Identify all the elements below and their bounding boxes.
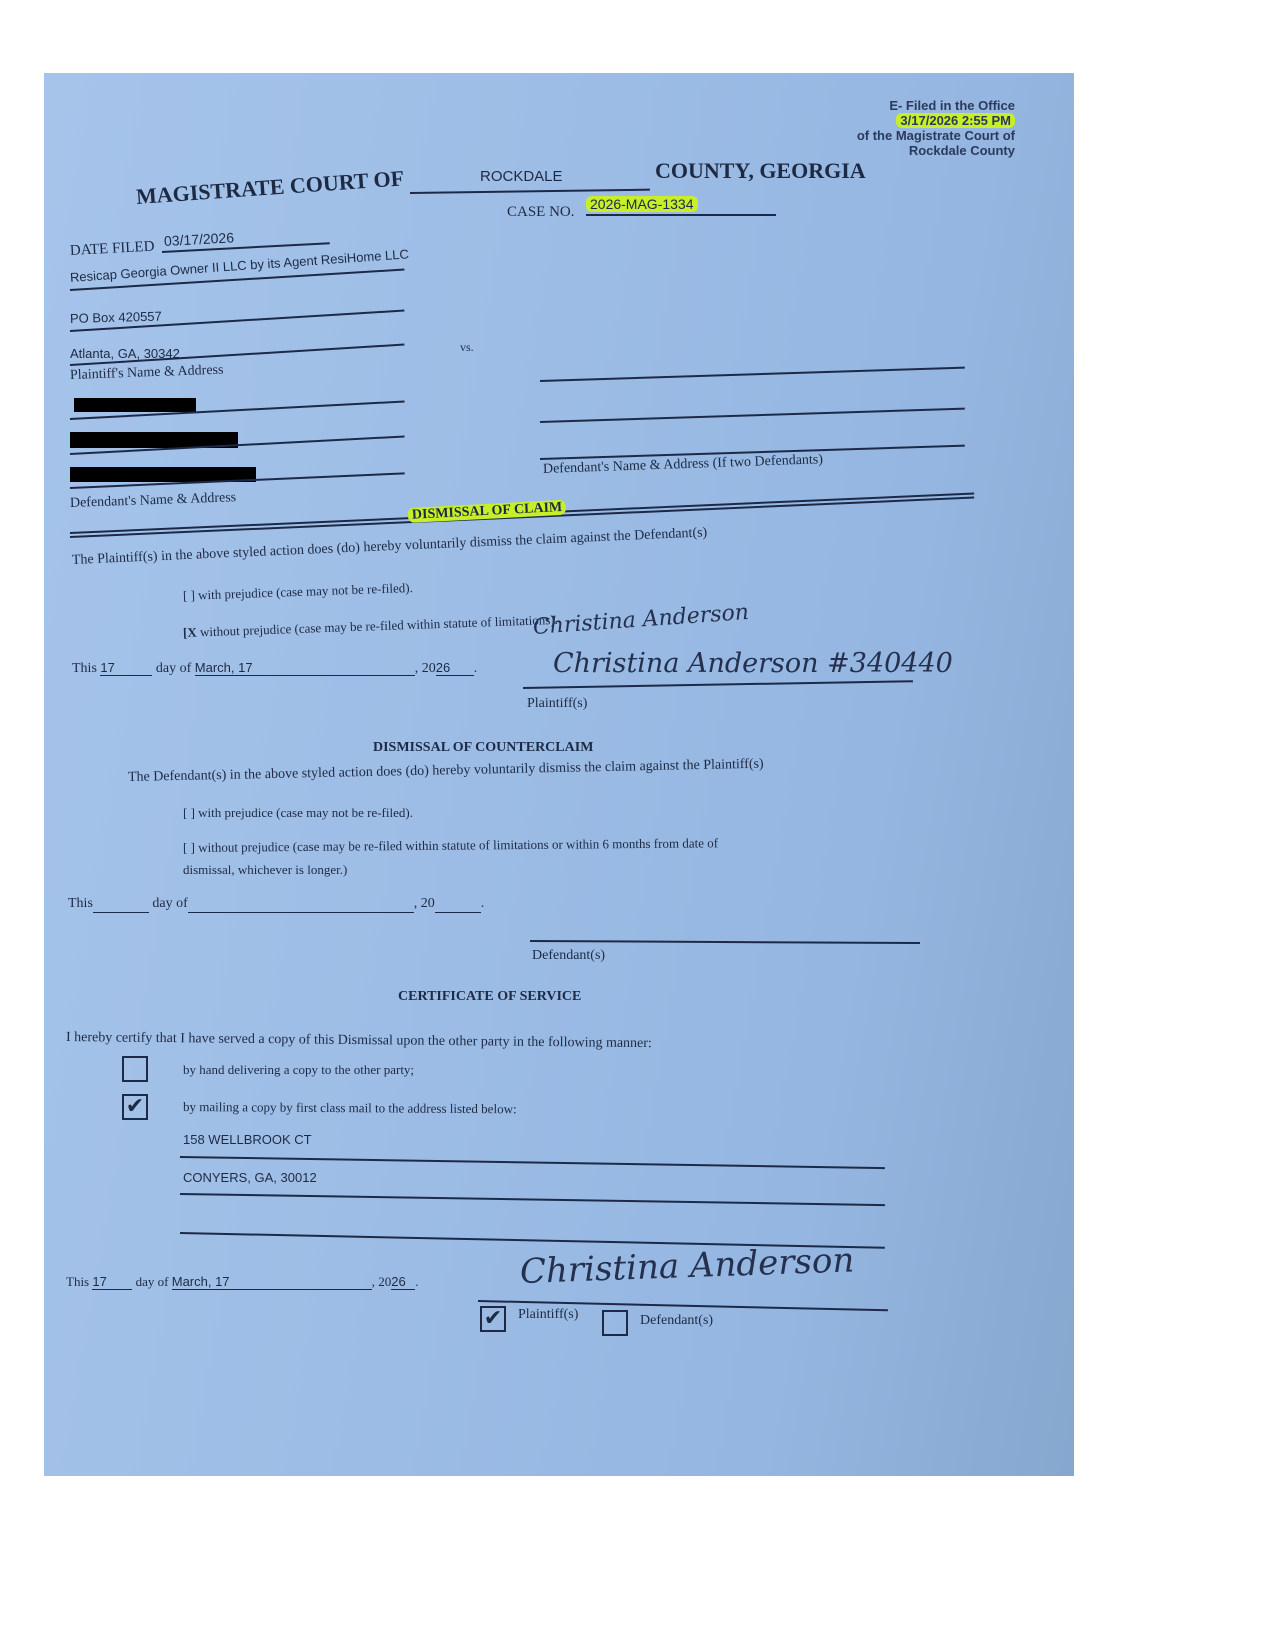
efile-datetime: 3/17/2026 2:55 PM: [896, 113, 1015, 128]
service-address1: 158 WELLBROOK CT: [183, 1132, 312, 1147]
certificate-month: March, 17: [172, 1274, 372, 1290]
county-value: ROCKDALE: [480, 168, 563, 185]
court-title-suffix: COUNTY, GEORGIA: [655, 158, 866, 184]
counterclaim-without-prejudice-label: without prejudice (case may be re-filed …: [198, 835, 718, 855]
claim-date-line: This 17 day of March, 17, 2026.: [72, 660, 477, 677]
case-no-label: CASE NO.: [507, 204, 575, 221]
plaintiff-role-label: Plaintiff(s): [518, 1307, 578, 1323]
defendant-role-checkbox[interactable]: [602, 1310, 628, 1336]
mail-delivery-checkbox[interactable]: ✔: [122, 1094, 148, 1120]
claim-day: 17: [100, 660, 152, 676]
counterclaim-date-line: This day of , 20 .: [68, 896, 484, 913]
claim-sig-label: Plaintiff(s): [527, 696, 587, 712]
efile-line3: of the Magistrate Court of: [857, 128, 1015, 143]
claim-signature-written: Christina Anderson #340440: [553, 648, 953, 679]
dismissal-counterclaim-title: DISMISSAL OF COUNTERCLAIM: [373, 740, 593, 756]
counterclaim-sig-label: Defendant(s): [532, 948, 605, 964]
defendant-role-label: Defendant(s): [640, 1313, 713, 1329]
counterclaim-with-prejudice-checkbox[interactable]: [ ]: [183, 805, 195, 820]
claim-with-prejudice-checkbox[interactable]: [ ]: [183, 588, 195, 603]
claim-year: 26: [436, 660, 474, 676]
certificate-title: CERTIFICATE OF SERVICE: [398, 989, 581, 1005]
service-address2: CONYERS, GA, 30012: [183, 1170, 317, 1185]
certificate-date-line: This 17 day of March, 17, 2026.: [66, 1274, 418, 1290]
counterclaim-without-prejudice-label-cont: dismissal, whichever is longer.): [183, 862, 347, 878]
counterclaim-with-prejudice-label: with prejudice (case may not be re-filed…: [198, 805, 413, 820]
case-no: 2026-MAG-1334: [586, 196, 698, 212]
plaintiff-address1: PO Box 420557: [70, 309, 162, 326]
mail-delivery-label: by mailing a copy by first class mail to…: [183, 1099, 517, 1117]
certificate-year: 26: [391, 1274, 415, 1290]
plaintiff-role-checkbox[interactable]: ✔: [480, 1306, 506, 1332]
claim-month: March, 17: [195, 660, 415, 676]
redacted-defendant-name: [74, 398, 196, 412]
counterclaim-without-prejudice-checkbox[interactable]: [ ]: [183, 840, 195, 855]
efile-line1: E- Filed in the Office: [857, 98, 1015, 113]
hand-delivery-label: by hand delivering a copy to the other p…: [183, 1062, 414, 1078]
efile-line4: Rockdale County: [857, 143, 1015, 158]
certificate-day: 17: [92, 1274, 132, 1290]
case-no-underline: [586, 214, 776, 216]
counterclaim-option-with-prejudice[interactable]: [ ] with prejudice (case may not be re-f…: [183, 805, 413, 821]
hand-delivery-checkbox[interactable]: [122, 1056, 148, 1082]
claim-without-prejudice-checkbox[interactable]: [X: [183, 625, 197, 640]
vs-label: vs.: [460, 340, 474, 355]
efile-stamp: E- Filed in the Office 3/17/2026 2:55 PM…: [857, 98, 1015, 158]
